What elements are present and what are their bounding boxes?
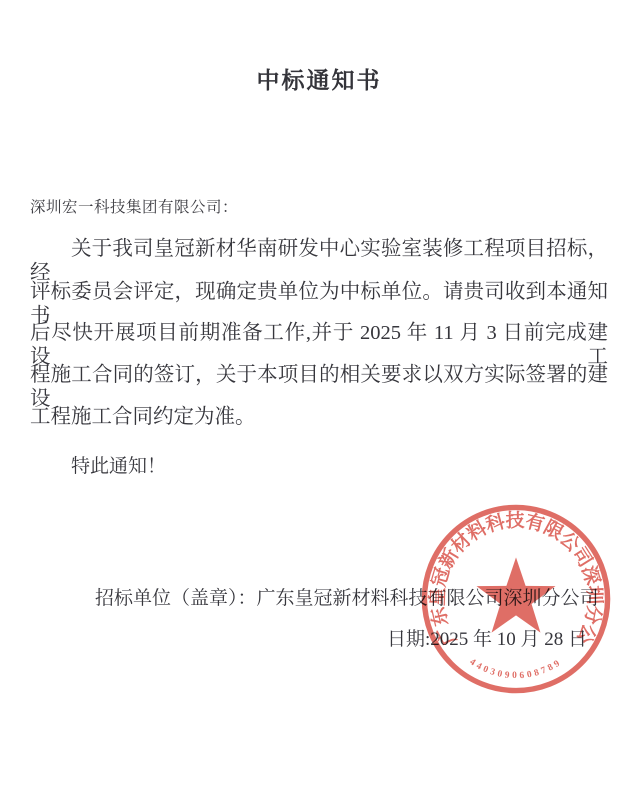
closing-line: 特此通知！ [30,451,430,478]
company-seal: 广东皇冠新材料科技有限公司深圳分公司 4403090608789 [417,500,615,698]
star-icon [476,557,555,632]
signature-label: 招标单位（盖章）： [95,588,257,609]
body-line: 关于我司皇冠新材华南研发中心实验室装修工程项目招标，经 [30,238,608,285]
seal-serial-number: 4403090608789 [468,657,565,681]
document-page: 中标通知书 深圳宏一科技集团有限公司： 关于我司皇冠新材华南研发中心实验室装修工… [0,0,638,806]
body-line: 工程施工合同约定为准。 [30,406,608,430]
body-line: 程施工合同的签订，关于本项目的相关要求以双方实际签署的建设 [30,364,608,411]
body-line: 后尽快开展项目前期准备工作,并于 2025 年 11 月 3 日前完成建设工 [30,322,608,369]
addressee-line: 深圳宏一科技集团有限公司： [30,195,238,217]
document-title: 中标通知书 [0,62,638,95]
